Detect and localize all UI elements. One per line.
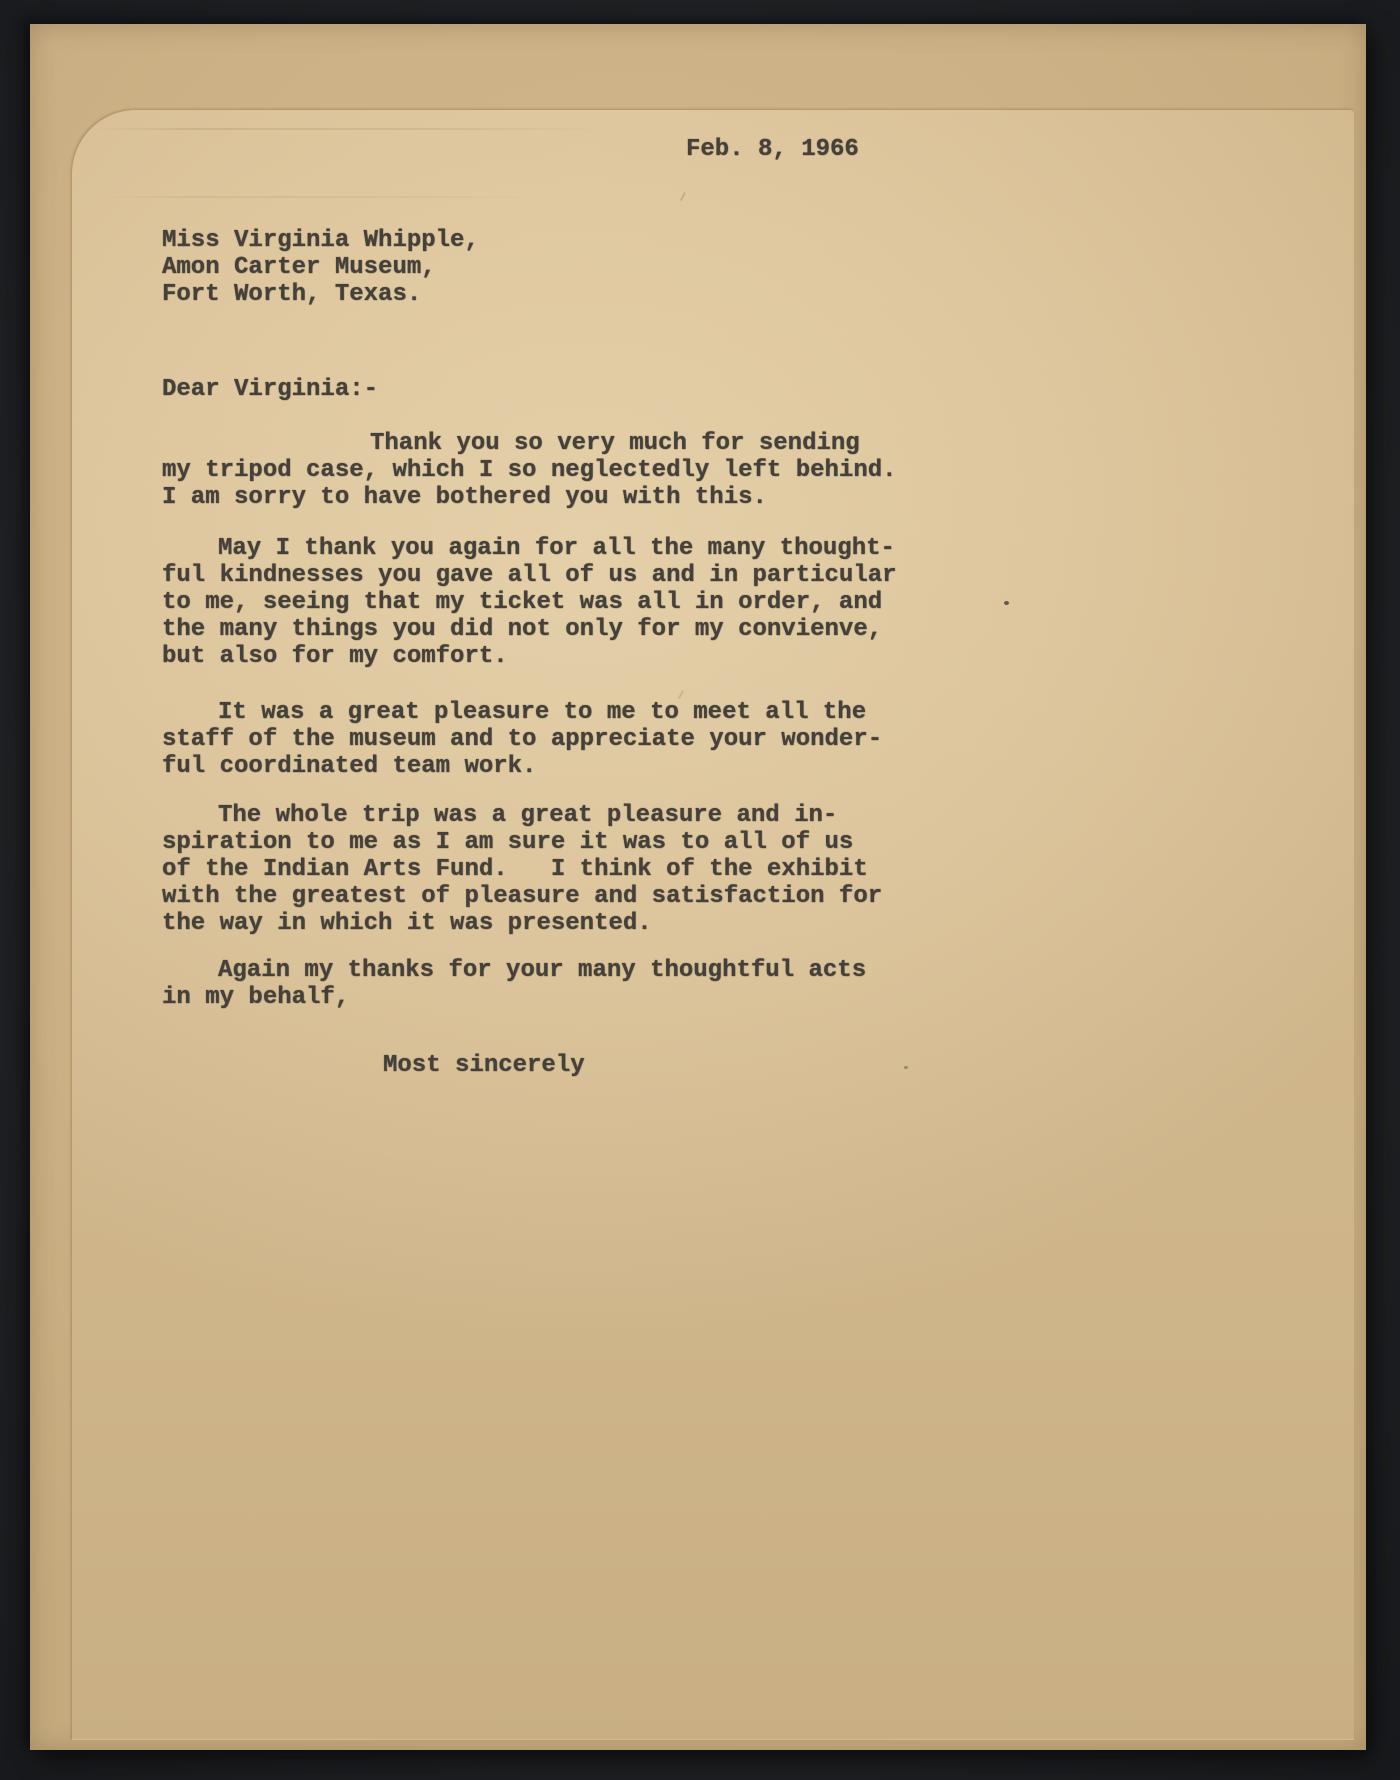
salutation: Dear Virginia:- bbox=[162, 376, 982, 403]
paragraph-line: ful coordinated team work. bbox=[162, 753, 982, 780]
paragraph-line: the way in which it was presented. bbox=[162, 910, 982, 937]
paper-crease bbox=[90, 128, 610, 130]
body-paragraph: Again my thanks for your many thoughtful… bbox=[162, 957, 982, 1011]
scanned-letter-photo: { "letter": { "date": "Feb. 8, 1966", "r… bbox=[0, 0, 1400, 1780]
paragraph-line: with the greatest of pleasure and satisf… bbox=[162, 883, 982, 910]
ink-speck bbox=[1004, 601, 1009, 605]
body-paragraph: May I thank you again for all the many t… bbox=[162, 535, 982, 670]
paragraph-line: Thank you so very much for sending bbox=[162, 430, 982, 457]
paragraph-line: Again my thanks for your many thoughtful… bbox=[162, 957, 982, 984]
address-line: Miss Virginia Whipple, bbox=[162, 227, 982, 254]
paragraph-line: May I thank you again for all the many t… bbox=[162, 535, 982, 562]
paragraph-line: my tripod case, which I so neglectedly l… bbox=[162, 457, 982, 484]
letter-date: Feb. 8, 1966 bbox=[162, 136, 982, 163]
paragraph-line: The whole trip was a great pleasure and … bbox=[162, 802, 982, 829]
paragraph-line: I am sorry to have bothered you with thi… bbox=[162, 484, 982, 511]
recipient-address: Miss Virginia Whipple, Amon Carter Museu… bbox=[162, 227, 982, 308]
backing-sheet: Feb. 8, 1966 Miss Virginia Whipple, Amon… bbox=[30, 24, 1366, 1750]
typewritten-letter: Feb. 8, 1966 Miss Virginia Whipple, Amon… bbox=[162, 136, 982, 1079]
paragraph-line: It was a great pleasure to me to meet al… bbox=[162, 699, 982, 726]
body-paragraph: Thank you so very much for sending my tr… bbox=[162, 430, 982, 511]
body-paragraph: It was a great pleasure to me to meet al… bbox=[162, 699, 982, 780]
paragraph-line: ful kindnesses you gave all of us and in… bbox=[162, 562, 982, 589]
paragraph-line: staff of the museum and to appreciate yo… bbox=[162, 726, 982, 753]
address-line: Fort Worth, Texas. bbox=[162, 281, 982, 308]
paragraph-line: of the Indian Arts Fund. I think of the … bbox=[162, 856, 982, 883]
paragraph-line: in my behalf, bbox=[162, 984, 982, 1011]
paragraph-line: but also for my comfort. bbox=[162, 643, 982, 670]
address-line: Amon Carter Museum, bbox=[162, 254, 982, 281]
closing: Most sincerely bbox=[162, 1052, 982, 1079]
paragraph-line: the many things you did not only for my … bbox=[162, 616, 982, 643]
paragraph-line: spiration to me as I am sure it was to a… bbox=[162, 829, 982, 856]
paragraph-line: to me, seeing that my ticket was all in … bbox=[162, 589, 982, 616]
body-paragraph: The whole trip was a great pleasure and … bbox=[162, 802, 982, 937]
